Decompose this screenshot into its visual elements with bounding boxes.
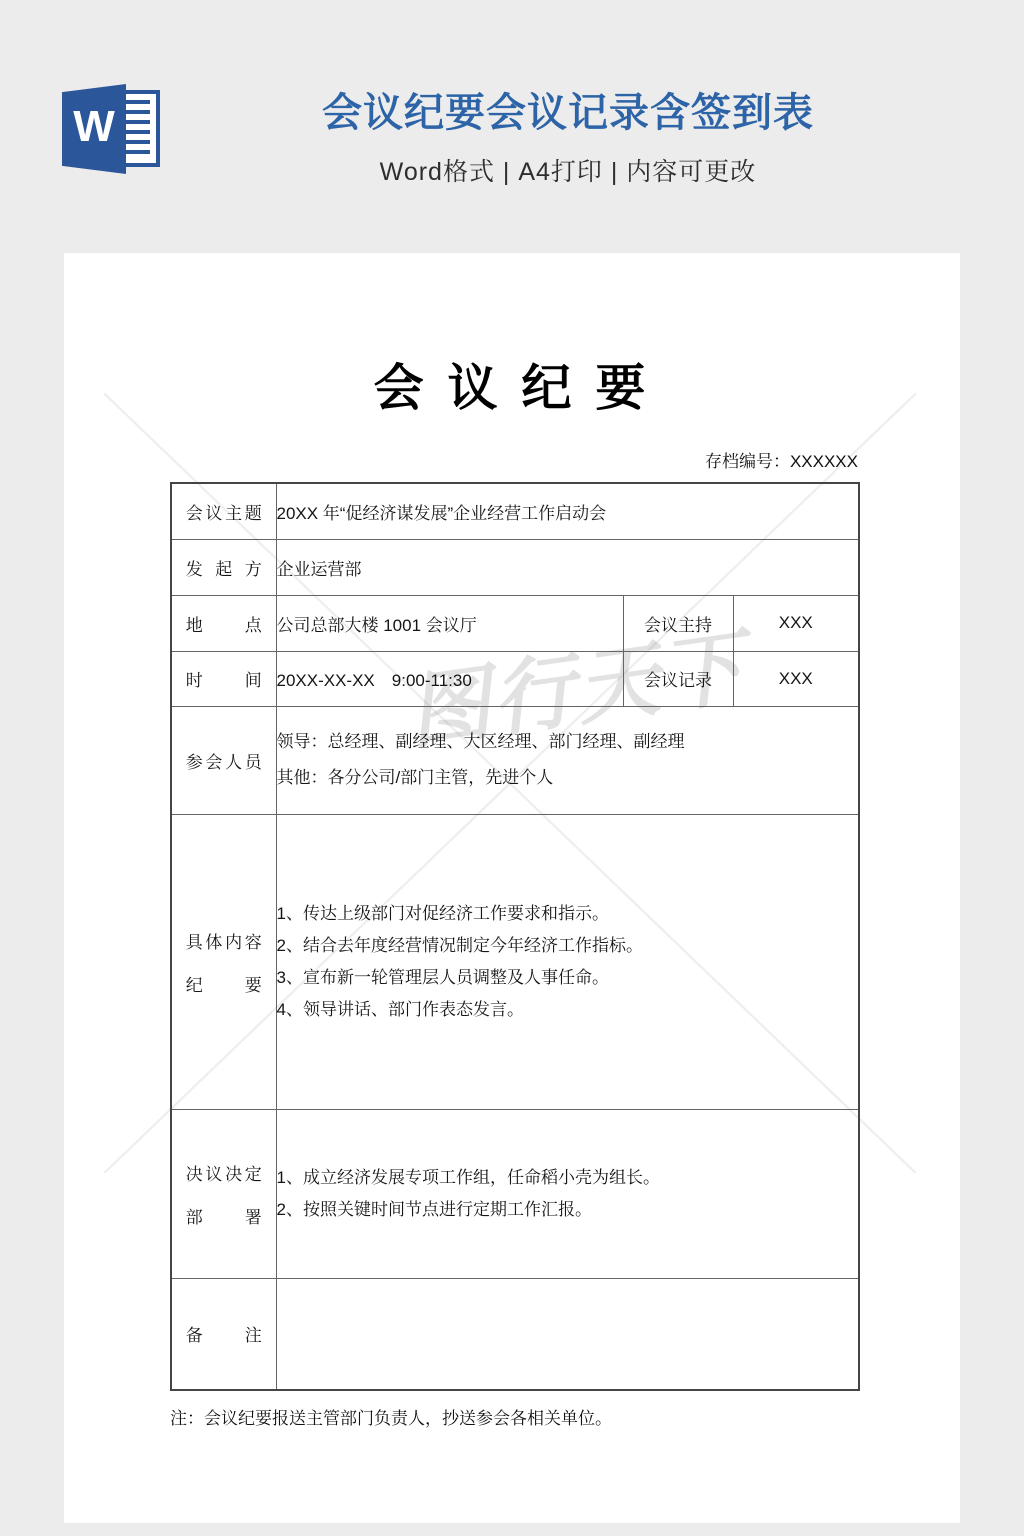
table-row-participants: 参会人员 领导：总经理、副经理、大区经理、部门经理、副经理 其他：各分公司/部门… xyxy=(171,706,859,814)
table-row-topic: 会议主题 20XX 年“促经济谋发展”企业经营工作启动会 xyxy=(171,483,859,539)
word-icon-letter: W xyxy=(73,105,115,153)
content-label-cell: 具体内容 纪 要 xyxy=(171,814,276,1109)
content-item-1: 1、传达上级部门对促经济工作要求和指示。 xyxy=(277,903,859,924)
table-row-initiator: 发 起 方 企业运营部 xyxy=(171,539,859,595)
content-items-cell: 1、传达上级部门对促经济工作要求和指示。 2、结合去年度经营情况制定今年经济工作… xyxy=(276,814,859,1109)
host-value: XXX xyxy=(733,595,859,651)
recorder-label: 会议记录 xyxy=(623,651,733,706)
resolution-item-1: 1、成立经济发展专项工作组，任命稻小壳为组长。 xyxy=(277,1167,859,1188)
participants-label-cell: 参会人员 xyxy=(171,706,276,814)
table-row-time: 时 间 20XX-XX-XX 9:00-11:30 会议记录 XXX xyxy=(171,651,859,706)
location-label: 地 点 xyxy=(186,611,262,636)
resolution-label-line1: 决议决定 xyxy=(186,1160,262,1185)
word-icon-panel: W xyxy=(62,84,126,174)
content-item-4: 4、领导讲话、部门作表态发言。 xyxy=(277,999,859,1020)
resolution-item-2: 2、按照关键时间节点进行定期工作汇报。 xyxy=(277,1199,859,1220)
participants-value-cell: 领导：总经理、副经理、大区经理、部门经理、副经理 其他：各分公司/部门主管，先进… xyxy=(276,706,859,814)
resolution-label-cell: 决议决定 部 署 xyxy=(171,1109,276,1278)
word-file-icon: W xyxy=(62,84,162,174)
topic-label-cell: 会议主题 xyxy=(171,483,276,539)
resolution-label-line2: 部 署 xyxy=(186,1203,262,1228)
participants-line-others: 其他：各分公司/部门主管，先进个人 xyxy=(277,760,859,796)
participants-line-leaders: 领导：总经理、副经理、大区经理、部门经理、副经理 xyxy=(277,724,859,760)
remarks-value xyxy=(276,1278,859,1390)
time-label: 时 间 xyxy=(186,666,262,691)
listing-header-text: 会议纪要会议记录含签到表 Word格式 | A4打印 | 内容可更改 xyxy=(112,0,1024,188)
location-value: 公司总部大楼 1001 会议厅 xyxy=(276,595,623,651)
template-preview-canvas: W 会议纪要会议记录含签到表 Word格式 | A4打印 | 内容可更改 图行天… xyxy=(0,0,1024,1536)
initiator-label: 发 起 方 xyxy=(186,555,262,580)
table-row-remarks: 备 注 xyxy=(171,1278,859,1390)
meeting-minutes-table: 会议主题 20XX 年“促经济谋发展”企业经营工作启动会 发 起 方 企业运营部… xyxy=(170,482,860,1391)
content-item-3: 3、宣布新一轮管理层人员调整及人事任命。 xyxy=(277,967,859,988)
content-item-2: 2、结合去年度经营情况制定今年经济工作指标。 xyxy=(277,935,859,956)
document-title: 会 议 纪 要 xyxy=(64,253,960,420)
host-label: 会议主持 xyxy=(623,595,733,651)
topic-label: 会议主题 xyxy=(186,499,262,524)
document-page: 图行天下 会 议 纪 要 存档编号：XXXXXX 会议主题 20XX 年“促经济… xyxy=(64,253,960,1523)
content-label-line1: 具体内容 xyxy=(186,928,262,953)
listing-subtitle: Word格式 | A4打印 | 内容可更改 xyxy=(112,152,1024,188)
location-label-cell: 地 点 xyxy=(171,595,276,651)
listing-title: 会议纪要会议记录含签到表 xyxy=(112,90,1024,136)
initiator-label-cell: 发 起 方 xyxy=(171,539,276,595)
document-footnote: 注：会议纪要报送主管部门负责人，抄送参会各相关单位。 xyxy=(170,1404,960,1429)
time-label-cell: 时 间 xyxy=(171,651,276,706)
topic-value: 20XX 年“促经济谋发展”企业经营工作启动会 xyxy=(276,483,859,539)
table-row-resolution: 决议决定 部 署 1、成立经济发展专项工作组，任命稻小壳为组长。 2、按照关键时… xyxy=(171,1109,859,1278)
listing-header: W 会议纪要会议记录含签到表 Word格式 | A4打印 | 内容可更改 xyxy=(0,0,1024,253)
initiator-value: 企业运营部 xyxy=(276,539,859,595)
resolution-items-cell: 1、成立经济发展专项工作组，任命稻小壳为组长。 2、按照关键时间节点进行定期工作… xyxy=(276,1109,859,1278)
table-row-location: 地 点 公司总部大楼 1001 会议厅 会议主持 XXX xyxy=(171,595,859,651)
time-value: 20XX-XX-XX 9:00-11:30 xyxy=(276,651,623,706)
remarks-label: 备 注 xyxy=(186,1321,262,1346)
archive-number: 存档编号：XXXXXX xyxy=(64,447,858,472)
remarks-label-cell: 备 注 xyxy=(171,1278,276,1390)
table-row-content-summary: 具体内容 纪 要 1、传达上级部门对促经济工作要求和指示。 2、结合去年度经营情… xyxy=(171,814,859,1109)
content-label-line2: 纪 要 xyxy=(186,971,262,996)
participants-label: 参会人员 xyxy=(186,748,262,773)
recorder-value: XXX xyxy=(733,651,859,706)
